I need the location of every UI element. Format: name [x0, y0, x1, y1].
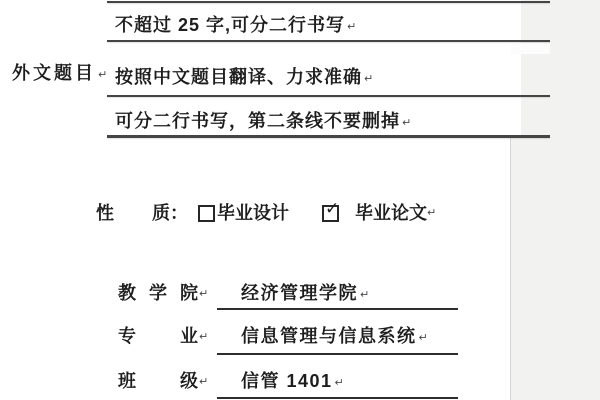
field-label-class: 班 级	[118, 372, 198, 390]
label-char: 教	[118, 284, 136, 302]
label-char: 班	[118, 372, 136, 390]
field-value-class-text: 信管 1401	[241, 371, 333, 391]
label-char: 学	[149, 284, 167, 302]
foreign-title-hint-2[interactable]: 可分二行书写，第二条线不要删掉↵	[115, 112, 411, 130]
paragraph-mark-icon: ↵	[402, 117, 411, 129]
page-edge-gray-bottom	[510, 137, 600, 400]
paragraph-mark-icon: ↵	[335, 377, 344, 389]
field-underline-class	[217, 397, 458, 399]
paragraph-mark-icon: ↵	[419, 332, 428, 344]
paragraph-mark-icon: ↵	[199, 289, 208, 300]
document-page: 不超过 25 字,可分二行书写↵ 外文题目↵ 按照中文题目翻译、力求准确↵ 可分…	[0, 0, 600, 400]
nature-label-char1: 性	[96, 204, 114, 222]
chinese-title-hint[interactable]: 不超过 25 字,可分二行书写↵	[115, 16, 356, 34]
label-char: 业	[180, 327, 198, 345]
field-underline-major	[217, 353, 458, 355]
label-char: 专	[118, 327, 136, 345]
field-value-major-text: 信息管理与信息系统	[241, 326, 417, 346]
option-thesis-label: 毕业论文	[355, 204, 427, 222]
field-label-major: 专 业	[118, 327, 198, 345]
label-char: 级	[180, 372, 198, 390]
foreign-title-hint-text: 按照中文题目翻译、力求准确	[115, 67, 362, 87]
paragraph-mark-icon: ↵	[427, 208, 436, 219]
title-table-line-4	[107, 135, 550, 138]
field-label-school: 教 学 院	[118, 284, 198, 302]
option-design-label: 毕业设计	[217, 204, 289, 222]
field-value-school-text: 经济管理学院	[241, 283, 358, 303]
foreign-title-hint-2-text: 可分二行书写，第二条线不要删掉	[115, 111, 400, 131]
field-value-class[interactable]: 信管 1401↵	[241, 372, 344, 390]
nature-label-char2: 质：	[152, 204, 188, 222]
checkmark-icon: ✓	[325, 200, 339, 217]
paragraph-mark-icon: ↵	[199, 377, 208, 388]
paragraph-mark-icon: ↵	[347, 21, 356, 33]
checkbox-thesis-checked[interactable]: ✓	[322, 205, 339, 222]
chinese-title-hint-text: 不超过 25 字,可分二行书写	[115, 15, 345, 35]
title-table-line-1	[107, 1, 550, 3]
title-table-line-3	[107, 95, 550, 97]
foreign-title-hint[interactable]: 按照中文题目翻译、力求准确↵	[115, 68, 373, 86]
field-value-school[interactable]: 经济管理学院↵	[241, 284, 369, 302]
label-char: 院	[180, 284, 198, 302]
field-value-major[interactable]: 信息管理与信息系统↵	[241, 327, 428, 345]
paragraph-mark-icon: ↵	[360, 289, 369, 301]
foreign-title-label-text: 外文题目	[12, 63, 96, 83]
page-edge-gray-top	[521, 0, 600, 137]
foreign-title-label: 外文题目↵	[12, 64, 107, 82]
paragraph-mark-icon: ↵	[98, 69, 107, 81]
paragraph-mark-icon: ↵	[199, 332, 208, 343]
title-table-line-2	[107, 40, 550, 42]
field-underline-school	[217, 308, 458, 310]
paragraph-mark-icon: ↵	[364, 73, 373, 85]
table-cell-overhang	[511, 43, 550, 54]
checkbox-design-unchecked[interactable]	[198, 205, 215, 222]
